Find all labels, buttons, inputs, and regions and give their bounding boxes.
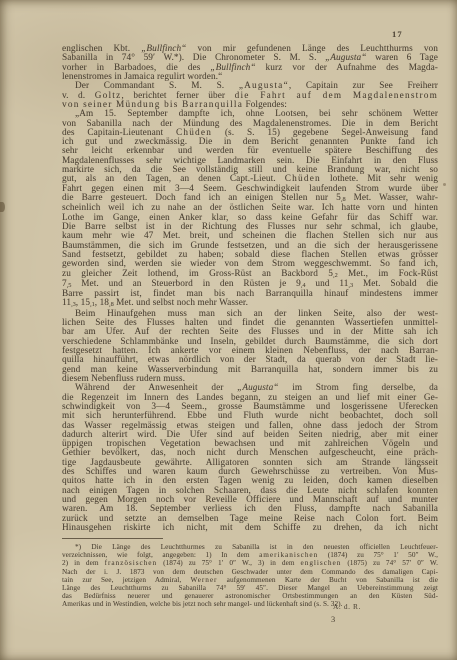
footnote-text: *) Die Länge des Leuchtthurmes zu Sabani… (62, 543, 438, 609)
paper-speck (443, 183, 446, 186)
paper-speck (0, 202, 5, 212)
text-line: Nach der i. J. 1873 von dem deutschen Ge… (62, 568, 438, 576)
text-line: *) Die Länge des Leuchtthurmes zu Sabani… (62, 543, 438, 551)
text-line: verzeichnissen, wie folgt, angegeben: 1)… (62, 551, 438, 559)
footnote-separator-rule (62, 538, 163, 539)
footnote-attribution: A. d. R. (333, 602, 361, 611)
sheet-signature-number: 3 (331, 615, 335, 624)
text-line: Länge des Leuchtthurms zu Sabanilla 74° … (62, 584, 438, 592)
text-line: das Bedürfniss neuerer und genauerer ast… (62, 592, 438, 600)
body-text: englischen Kbt. „Bullfinch“ von mir gefu… (62, 44, 438, 532)
text-line: 2) in dem französischen (1874) zu 75° 1′… (62, 559, 438, 567)
text-line: Amerikas und in Westindien, welche bis j… (62, 600, 438, 608)
page-number: 17 (392, 29, 403, 39)
text-line: Hinausgehen riskirte ich nicht, mit dem … (62, 523, 438, 532)
scanned-book-page: 17 englischen Kbt. „Bullfinch“ von mir g… (0, 0, 457, 660)
text-line: tain zur See, jetzigen Admiral, Werner a… (62, 576, 438, 584)
